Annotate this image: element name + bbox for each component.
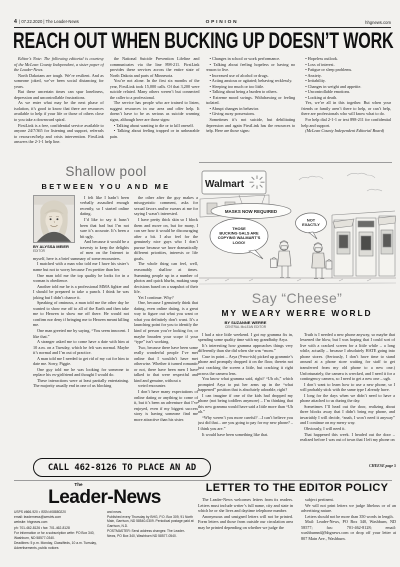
paragraph: Another told me he is a professional MMA… <box>33 284 129 301</box>
paragraph: Anonymous and unsigned letters will not … <box>198 514 293 531</box>
cheese-col-1: I had a nice little weekend. I got my gr… <box>198 332 293 463</box>
masthead-col-1: USPS #666-920 • ISSN #08880220email: lea… <box>14 510 101 552</box>
paragraph: I had a nice little weekend. I got my gr… <box>198 332 293 343</box>
paragraph: A man told me I needed to get rid of my … <box>33 356 129 367</box>
article-column-3: • Changes in school or work performance.… <box>206 56 296 162</box>
masthead-name: Leader-News <box>48 487 161 508</box>
shallow-pool-body: BY ALYSSA MEIER EDITOR I felt like I had… <box>33 195 198 447</box>
edition-info: | 07.22.2020 | The Leader-News <box>19 19 79 24</box>
main-headline-text: REACH OUT WHEN BUCKING UP DOESN’T WORK <box>13 30 393 52</box>
page-folio: 4 | 07.22.2020 | The Leader-News <box>14 19 79 25</box>
paragraph: Speaking of ominous, a man told me the o… <box>33 300 129 328</box>
paragraph: the other after the guy makes a misogyni… <box>134 195 198 217</box>
paragraph: You’re not alone. In the first six month… <box>110 78 200 100</box>
paragraph: Case in point – Arya (9-mo-ish) picked u… <box>198 354 293 376</box>
cloud-sketches <box>299 173 382 191</box>
newspaper-page: 4 | 07.22.2020 | The Leader-News OPINION… <box>0 0 400 567</box>
classified-ad-text: CALL 462-8126 TO PLACE AN AD <box>48 463 196 473</box>
paragraph: FirstLink is a free, confidential servic… <box>14 123 104 145</box>
paragraph: I can imagine if one of the kids had dro… <box>198 393 293 415</box>
editorial-article: Editor’s Note: The following editorial i… <box>14 56 391 162</box>
paragraph: I don’t have many expectations of online… <box>134 389 198 422</box>
paragraph: • Talking about feeling hopeless or havi… <box>206 62 296 73</box>
author-block: BY SUZANNE WERRE CENTRAL McLEAN EDITOR <box>198 320 293 329</box>
author-photo <box>33 195 75 243</box>
letter-policy-section: LETTER TO THE EDITOR POLICY The Leader-N… <box>198 482 396 563</box>
bubble1-line: LOGO! <box>233 240 246 245</box>
author-title: EDITOR <box>33 249 77 253</box>
cartoon-drawing: Walmart MASKS NOW REQUIRED THOSE <box>199 166 396 289</box>
masthead-details: USPS #666-920 • ISSN #08880220email: lea… <box>14 510 195 552</box>
column-paragraphs: North Dakotans are tough. We’re resilien… <box>14 73 104 145</box>
paragraph: One man told me the top quality he looks… <box>33 273 129 284</box>
article-column-1: Editor’s Note: The following editorial i… <box>14 56 104 162</box>
paragraph: Sometimes I’ll head out the door, realiz… <box>300 404 395 426</box>
section-label: OPINION <box>206 20 239 25</box>
paragraph: website: hhgnews.com <box>14 520 101 524</box>
paragraph: • Talking about feeling trapped or in un… <box>110 128 200 139</box>
paragraph: Two, because there have been some really… <box>134 345 198 384</box>
paragraph: One man greeted me by saying, “You seem … <box>33 328 129 339</box>
paragraph: I matched with a man who told me I have … <box>33 261 129 272</box>
paragraph: One guy told me he was looking for someo… <box>33 367 129 378</box>
paragraph: The Leader-News welcomes letters from it… <box>198 497 293 514</box>
editors-note: Editor’s Note: The following editorial i… <box>14 56 104 73</box>
paragraph: We will not print letters we judge libel… <box>301 503 396 514</box>
classified-ad: CALL 462-8126 TO PLACE AN AD <box>33 458 211 477</box>
page-header: 4 | 07.22.2020 | The Leader-News OPINION… <box>14 19 391 28</box>
paragraph: I have pretty thick skin so I block them… <box>134 217 198 261</box>
paragraph: For help dial 2-1-1 or text 898-211 for … <box>301 117 391 128</box>
paragraph: Sometimes it’s not suicide, but debilita… <box>206 117 296 134</box>
pedestrian-figures <box>271 241 333 279</box>
say-cheese-section: Say “Cheese” MY WEARY WERRE WORLD BY SUZ… <box>198 291 396 468</box>
paragraph: North Dakotans are tough. We’re resilien… <box>14 73 104 90</box>
walmart-sign-text: Walmart <box>205 179 245 190</box>
masthead: The Leader-News USPS #666-920 • ISSN #08… <box>14 483 195 551</box>
paragraph: the National Suicide Prevention Lifeline… <box>110 56 200 78</box>
paragraph: I long for the days when we didn’t need … <box>300 393 395 404</box>
paragraph: Mail: Leader-News, PO Box 340, Washburn,… <box>301 519 396 541</box>
paragraph: ph: 701-462-8126 • fax: 701-462-8128 <box>14 526 101 530</box>
paragraph: and news. <box>107 510 194 514</box>
shallow-pool-col-1: BY ALYSSA MEIER EDITOR I felt like I had… <box>33 195 129 447</box>
paragraph: You know what gramma said, right? “Uh oh… <box>198 376 293 393</box>
paragraph: As we enter what may be the next phase o… <box>14 100 104 122</box>
paragraph: For information or for a subscription wr… <box>14 531 101 540</box>
masks-required-sign: MASKS NOW REQUIRED <box>211 195 291 219</box>
paragraph: It’s interesting how gramma approaches t… <box>198 343 293 354</box>
policy-col-1: The Leader-News welcomes letters from it… <box>198 497 293 563</box>
paragraph: I don’t want to learn how to use a new p… <box>300 382 395 393</box>
article-column-2: the National Suicide Prevention Lifeline… <box>110 56 200 162</box>
column-kicker: MY WEARY WERRE WORLD <box>198 308 396 318</box>
say-cheese-body: I had a nice little weekend. I got my gr… <box>198 332 396 463</box>
paragraph: • Extreme mood swings. Withdrawing or fe… <box>206 95 296 106</box>
author-title: CENTRAL McLEAN EDITOR <box>198 325 293 329</box>
speech-bubble-2: NOT EXACTLY <box>296 213 327 239</box>
paragraph: But these uncertain times can spur lonel… <box>14 89 104 100</box>
author-block: BY ALYSSA MEIER EDITOR <box>33 195 77 254</box>
masks-sign-text: MASKS NOW REQUIRED <box>225 209 277 214</box>
bottom-divider <box>14 480 392 481</box>
jump-line: CHEESE page 5 <box>198 464 396 468</box>
paragraph: One, because I genuinely think that dati… <box>134 300 198 344</box>
attribution: (McLean County Independent Editorial Boa… <box>301 128 391 134</box>
policy-col-2: subject pertinent.We will not print lett… <box>301 497 396 563</box>
column-title: Say “Cheese” <box>198 291 396 306</box>
paragraph: POSTMASTER: Send address changes: The Le… <box>107 529 194 538</box>
street-ground <box>199 278 396 284</box>
letter-policy-title: LETTER TO THE EDITOR POLICY <box>198 482 396 494</box>
column-kicker: BETWEEN YOU AND ME <box>14 182 198 191</box>
paragraph: Truth is I needed a new phone anyway, so… <box>300 332 395 382</box>
cheese-col-2: Truth is I needed a new phone anyway, so… <box>300 332 395 463</box>
paragraph: It would have been something like that. <box>198 432 293 438</box>
paragraph: email: leadernews@westriv.com <box>14 515 101 519</box>
column-title: Shallow pool <box>14 165 198 180</box>
paragraph: Yes, we’re all in this together. But whe… <box>301 100 391 117</box>
paragraph: These interactions were at least partial… <box>33 378 129 389</box>
editorial-cartoon: Walmart MASKS NOW REQUIRED THOSE <box>199 166 396 289</box>
paragraph: That happened this week. I headed out th… <box>300 432 395 443</box>
speech-bubble-1: THOSE BUCKING GALS ARE COPYING WALMART’S… <box>210 219 268 260</box>
shallow-pool-section: Shallow pool BETWEEN YOU AND ME <box>14 165 198 447</box>
paragraph: The whole thing can feel, well, reasonab… <box>134 261 198 294</box>
website-url: hhgnews.com <box>365 20 391 25</box>
masthead-col-2: and news.Published every Thursday by BHG… <box>107 510 194 552</box>
column-paragraphs: • Hopeless outlook.• Loss of interest.• … <box>301 56 391 128</box>
storefronts <box>332 211 396 278</box>
bubble2-line: EXACTLY <box>302 222 320 227</box>
paragraph: Deadlines: 5 p.m. Monday, Classifieds, 1… <box>14 541 101 550</box>
letter-policy-body: The Leader-News welcomes letters from it… <box>198 497 396 563</box>
paragraph: Published every Thursday by BHG, P.O. Bo… <box>107 515 194 528</box>
masthead-the: The <box>0 483 169 488</box>
section-divider <box>199 162 392 163</box>
masthead-logo: The Leader-News <box>14 483 195 507</box>
paragraph: USPS #666-920 • ISSN #08880220 <box>14 510 101 514</box>
article-column-4: • Hopeless outlook.• Loss of interest.• … <box>301 56 391 162</box>
paragraph: The service has people who are trained t… <box>110 100 200 122</box>
paragraph: • Acting anxious or agitated; behaving r… <box>206 78 296 84</box>
paragraph: A stranger asked me to come have a date … <box>33 339 129 356</box>
page-number: 4 <box>14 19 17 25</box>
shallow-pool-col-2: the other after the guy makes a misogyni… <box>134 195 198 447</box>
main-headline: REACH OUT WHEN BUCKING UP DOESN’T WORK <box>13 30 393 52</box>
paragraph: “Why weren’t you more careful? ...I can’… <box>198 415 293 432</box>
